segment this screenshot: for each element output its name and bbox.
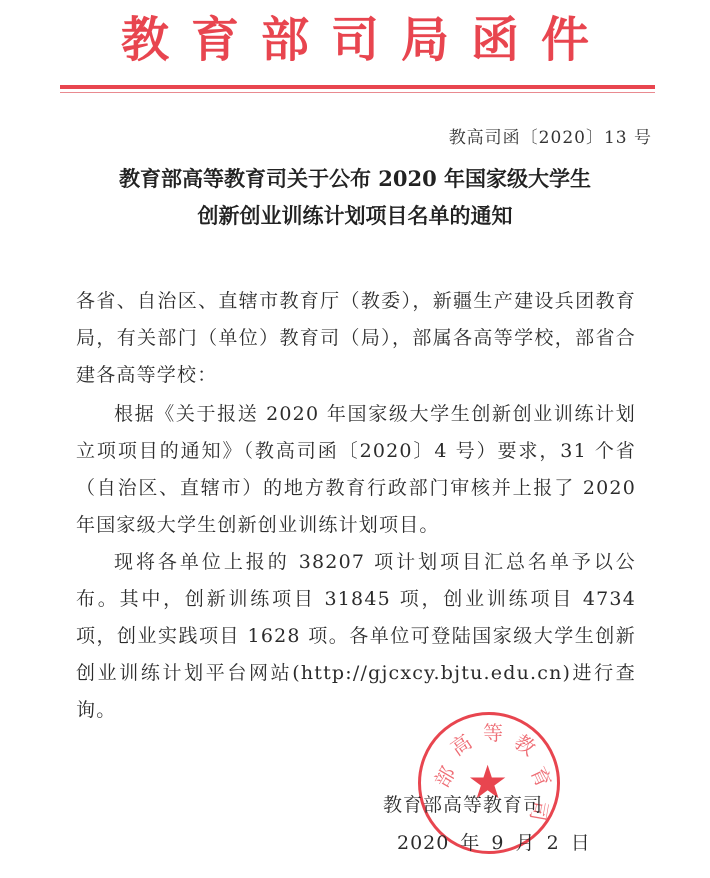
document-number: 教高司函〔2020〕13 号: [449, 123, 652, 148]
signature-date: 2020 年 9 月 2 日: [397, 828, 591, 855]
signer-name: 教育部高等教育司: [383, 790, 543, 817]
document-title-line-1: 教育部高等教育司关于公布 2020 年国家级大学生: [0, 163, 710, 193]
seal-char: 等: [483, 723, 503, 743]
body-paragraph-2: 现将各单位上报的 38207 项计划项目汇总名单予以公布。其中，创新训练项目 3…: [76, 544, 636, 729]
masthead-rule-thick: [60, 85, 655, 89]
document-title-line-2: 创新创业训练计划项目名单的通知: [0, 200, 710, 230]
seal-char: 部: [431, 763, 458, 790]
salutation: 各省、自治区、直辖市教育厅（教委），新疆生产建设兵团教育局，有关部门（单位）教育…: [76, 283, 636, 394]
body-paragraph-1: 根据《关于报送 2020 年国家级大学生创新创业训练计划立项项目的通知》（教高司…: [76, 396, 636, 544]
seal-char: 育: [528, 764, 555, 791]
seal-char: 教: [511, 731, 539, 759]
masthead-rule-thin: [60, 92, 655, 93]
masthead-title: 教育部司局函件: [0, 12, 710, 68]
